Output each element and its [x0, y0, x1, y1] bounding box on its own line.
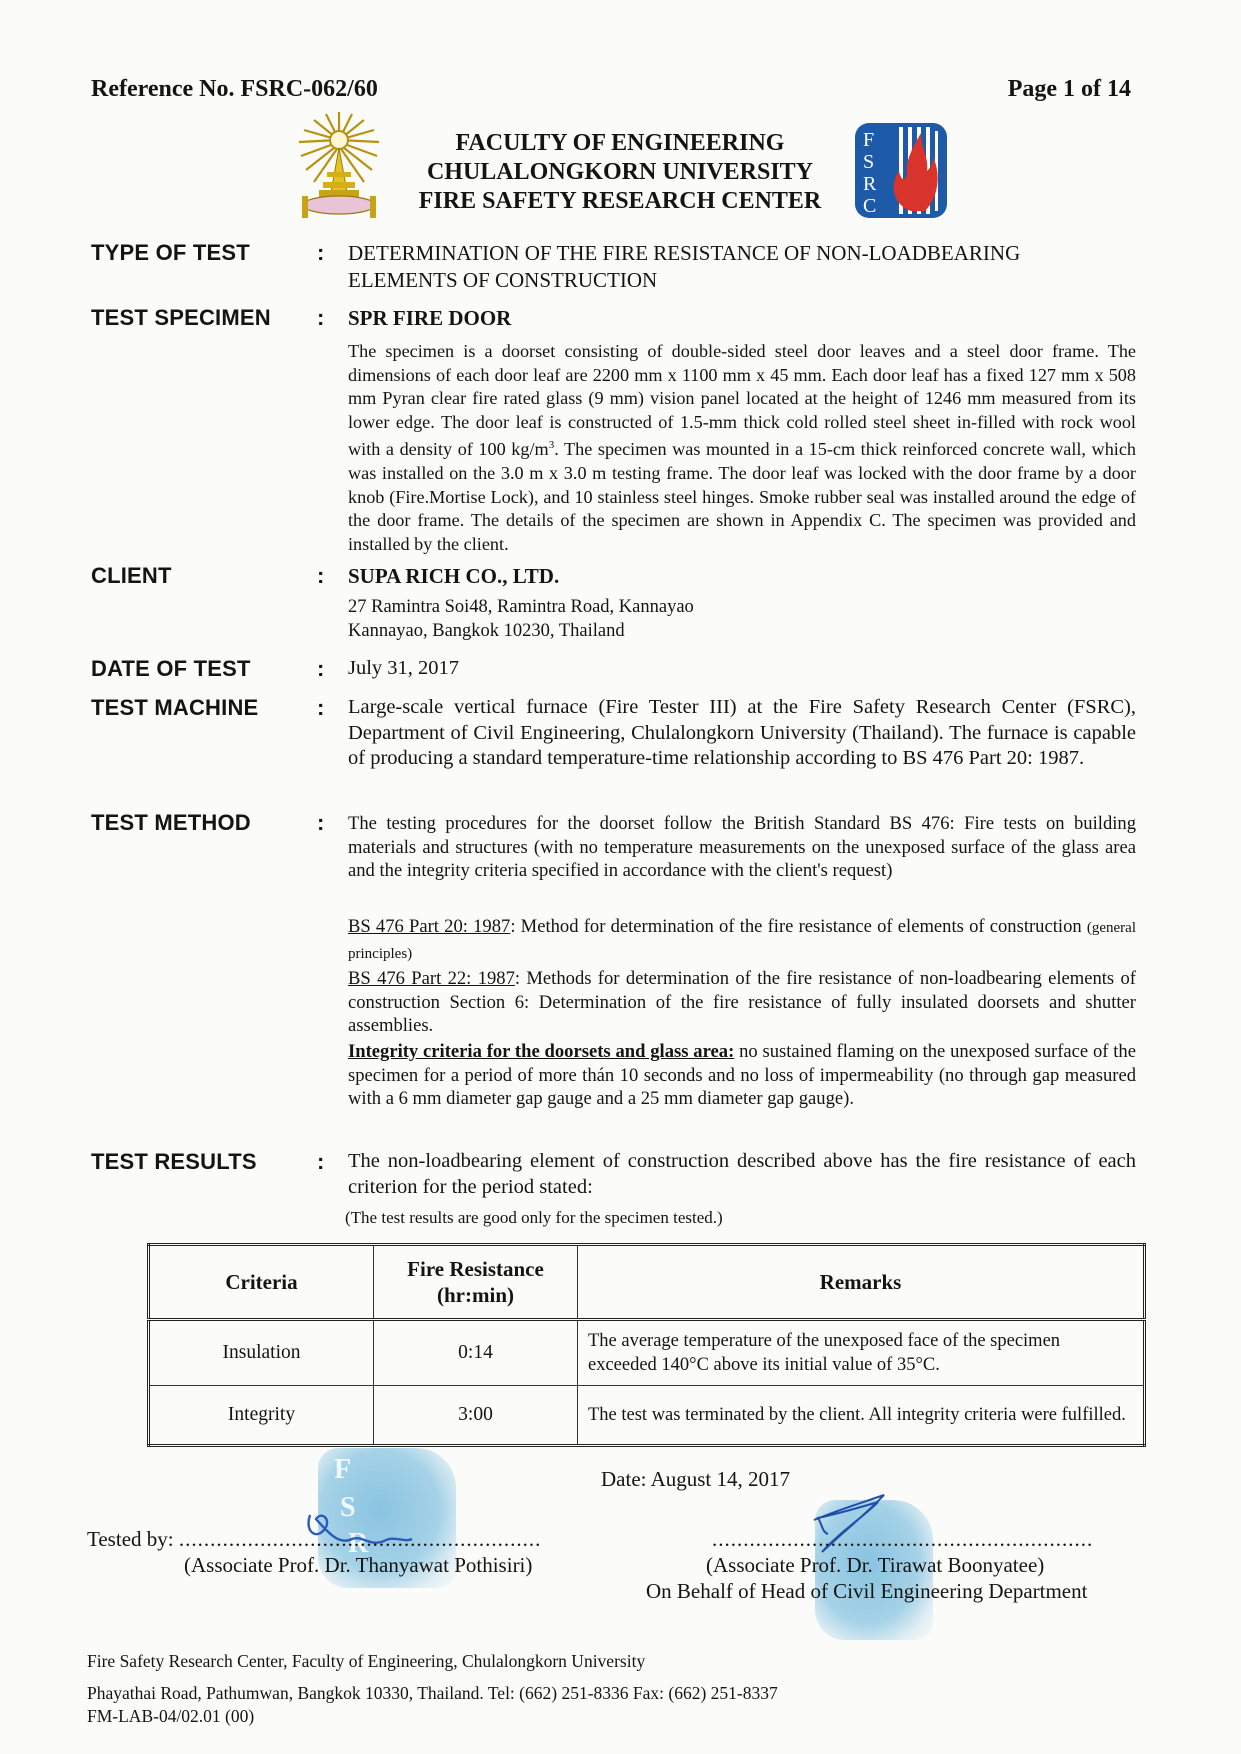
footer-institution: Fire Safety Research Center, Faculty of …: [87, 1651, 645, 1672]
header-fire-resistance-unit: (hr:min): [375, 1282, 576, 1308]
report-date: Date: August 14, 2017: [601, 1467, 790, 1492]
footer-address: Phayathai Road, Pathumwan, Bangkok 10330…: [87, 1683, 778, 1704]
stamp-letter: F: [334, 1454, 351, 1486]
label-test-method: TEST METHOD: [91, 810, 251, 836]
specimen-title: SPR FIRE DOOR: [348, 306, 511, 331]
title-line-center: FIRE SAFETY RESEARCH CENTER: [400, 187, 840, 216]
standard-1-text: : Method for determination of the fire r…: [510, 916, 1087, 937]
test-method-standard-2: BS 476 Part 22: 1987: Methods for determ…: [348, 967, 1136, 1038]
cell-criteria: Integrity: [149, 1386, 374, 1446]
label-test-results: TEST RESULTS: [91, 1149, 257, 1175]
reference-number: Reference No. FSRC-062/60: [91, 76, 378, 103]
standard-1-reference: BS 476 Part 20: 1987: [348, 916, 510, 937]
table-header-row: Criteria Fire Resistance(hr:min) Remarks: [149, 1245, 1145, 1320]
fsrc-logo-icon: F S R C: [855, 123, 947, 218]
approver-name: (Associate Prof. Dr. Tirawat Boonyatee): [706, 1553, 1044, 1578]
table-row: Integrity 3:00 The test was terminated b…: [149, 1386, 1145, 1446]
colon: :: [317, 305, 324, 331]
colon: :: [317, 810, 324, 836]
results-table: Criteria Fire Resistance(hr:min) Remarks…: [147, 1243, 1146, 1447]
client-name: SUPA RICH CO., LTD.: [348, 564, 559, 589]
header-fire-resistance: Fire Resistance(hr:min): [374, 1245, 578, 1320]
title-line-university: CHULALONGKORN UNIVERSITY: [400, 158, 840, 187]
cell-remarks: The average temperature of the unexposed…: [578, 1320, 1145, 1386]
test-results-note: (The test results are good only for the …: [345, 1208, 723, 1228]
integrity-criteria: Integrity criteria for the doorsets and …: [348, 1040, 1136, 1111]
approver-role: On Behalf of Head of Civil Engineering D…: [646, 1579, 1087, 1604]
test-method-standard-1: BS 476 Part 20: 1987: Method for determi…: [348, 915, 1136, 966]
institution-title: FACULTY OF ENGINEERING CHULALONGKORN UNI…: [400, 129, 840, 216]
footer-form-code: FM-LAB-04/02.01 (00): [87, 1706, 254, 1727]
colon: :: [317, 240, 324, 266]
colon: :: [317, 656, 324, 682]
client-address-line1: 27 Ramintra Soi48, Ramintra Road, Kannay…: [348, 597, 694, 618]
standard-2-reference: BS 476 Part 22: 1987: [348, 968, 515, 989]
cell-fire-resistance: 0:14: [374, 1320, 578, 1386]
client-address-line2: Kannayao, Bangkok 10230, Thailand: [348, 621, 625, 642]
label-date-of-test: DATE OF TEST: [91, 656, 251, 682]
test-method-intro: The testing procedures for the doorset f…: [348, 812, 1136, 883]
label-test-specimen: TEST SPECIMEN: [91, 305, 271, 331]
table-row: Insulation 0:14 The average temperature …: [149, 1320, 1145, 1386]
svg-text:C: C: [863, 195, 876, 217]
svg-text:F: F: [863, 129, 874, 151]
signature-line-left: ........................................…: [179, 1527, 542, 1551]
colon: :: [317, 1149, 324, 1175]
type-of-test-value: DETERMINATION OF THE FIRE RESISTANCE OF …: [348, 240, 1108, 294]
label-type-of-test: TYPE OF TEST: [91, 240, 250, 266]
test-machine-value: Large-scale vertical furnace (Fire Teste…: [348, 695, 1136, 772]
integrity-criteria-heading: Integrity criteria for the doorsets and …: [348, 1041, 734, 1062]
tested-by-label: Tested by:: [87, 1527, 174, 1551]
signature-dots-right: ........................................…: [712, 1527, 1093, 1551]
cell-fire-resistance: 3:00: [374, 1386, 578, 1446]
title-line-faculty: FACULTY OF ENGINEERING: [400, 129, 840, 158]
university-emblem-icon: [296, 112, 382, 222]
test-results-value: The non-loadbearing element of construct…: [348, 1149, 1136, 1200]
specimen-description: The specimen is a doorset consisting of …: [348, 340, 1136, 556]
header-criteria: Criteria: [149, 1245, 374, 1320]
cell-remarks: The test was terminated by the client. A…: [578, 1386, 1145, 1446]
page-number: Page 1 of 14: [1008, 76, 1131, 103]
svg-text:R: R: [863, 173, 877, 195]
signature-line-right: ........................................…: [712, 1527, 1093, 1552]
label-test-machine: TEST MACHINE: [91, 695, 258, 721]
label-client: CLIENT: [91, 563, 172, 589]
header-remarks: Remarks: [578, 1245, 1145, 1320]
date-of-test-value: July 31, 2017: [348, 657, 459, 680]
tested-by-line: Tested by: .............................…: [87, 1527, 541, 1552]
header-fire-resistance-line1: Fire Resistance: [375, 1256, 576, 1282]
colon: :: [317, 695, 324, 721]
cell-criteria: Insulation: [149, 1320, 374, 1386]
svg-text:S: S: [863, 151, 874, 173]
colon: :: [317, 563, 324, 589]
tester-name: (Associate Prof. Dr. Thanyawat Pothisiri…: [184, 1553, 532, 1578]
